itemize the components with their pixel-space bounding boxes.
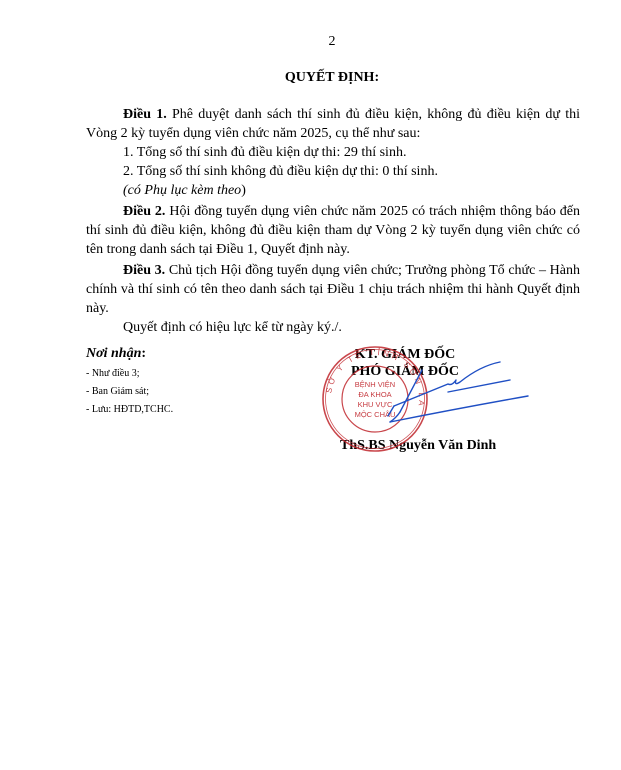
article-1-item-2: 2. Tổng số thí sinh không đủ điều kiện d… — [86, 162, 580, 181]
appendix-note: (có Phụ lục kèm theo) — [86, 181, 580, 200]
article-3: Điều 3. Chủ tịch Hội đồng tuyển dụng viê… — [86, 261, 580, 318]
signature-block: KT. GIÁM ĐỐC PHÓ GIÁM ĐỐC SỞ Y TẾ TỈNH S… — [300, 346, 550, 466]
recipient-item: - Như điều 3; — [86, 365, 306, 383]
page-number: 2 — [0, 34, 621, 50]
signer-position: PHÓ GIÁM ĐỐC — [335, 363, 475, 380]
article-1-item-1: 1. Tổng số thí sinh đủ điều kiện dự thi:… — [86, 143, 580, 162]
article-2-label: Điều 2. — [123, 204, 165, 219]
signer-name: ThS.BS Nguyễn Văn Dinh — [340, 438, 550, 454]
svg-text:BỆNH VIỆN: BỆNH VIỆN — [355, 380, 395, 389]
recipients-heading: Nơi nhận: — [86, 346, 306, 362]
recipient-item: - Ban Giám sát; — [86, 383, 306, 401]
recipient-item: - Lưu: HĐTD,TCHC. — [86, 401, 306, 419]
svg-text:MỘC CHÂU: MỘC CHÂU — [355, 410, 396, 419]
effective-clause: Quyết định có hiệu lực kể từ ngày ký./. — [86, 318, 580, 337]
article-1: Điều 1. Phê duyệt danh sách thí sinh đủ … — [86, 105, 580, 143]
article-3-label: Điều 3. — [123, 263, 165, 278]
appendix-note-text: có Phụ lục kèm theo — [128, 183, 242, 198]
article-2: Điều 2. Hội đồng tuyển dụng viên chức nă… — [86, 202, 580, 259]
signer-authority: KT. GIÁM ĐỐC — [335, 346, 475, 363]
decision-heading: QUYẾT ĐỊNH: — [0, 70, 621, 86]
svg-text:ĐA KHOA: ĐA KHOA — [358, 390, 391, 399]
svg-text:KHU VỰC: KHU VỰC — [358, 400, 393, 409]
recipients-block: Nơi nhận: - Như điều 3; - Ban Giám sát; … — [86, 346, 306, 419]
article-1-label: Điều 1. — [123, 107, 167, 122]
decision-body: Điều 1. Phê duyệt danh sách thí sinh đủ … — [86, 105, 580, 337]
